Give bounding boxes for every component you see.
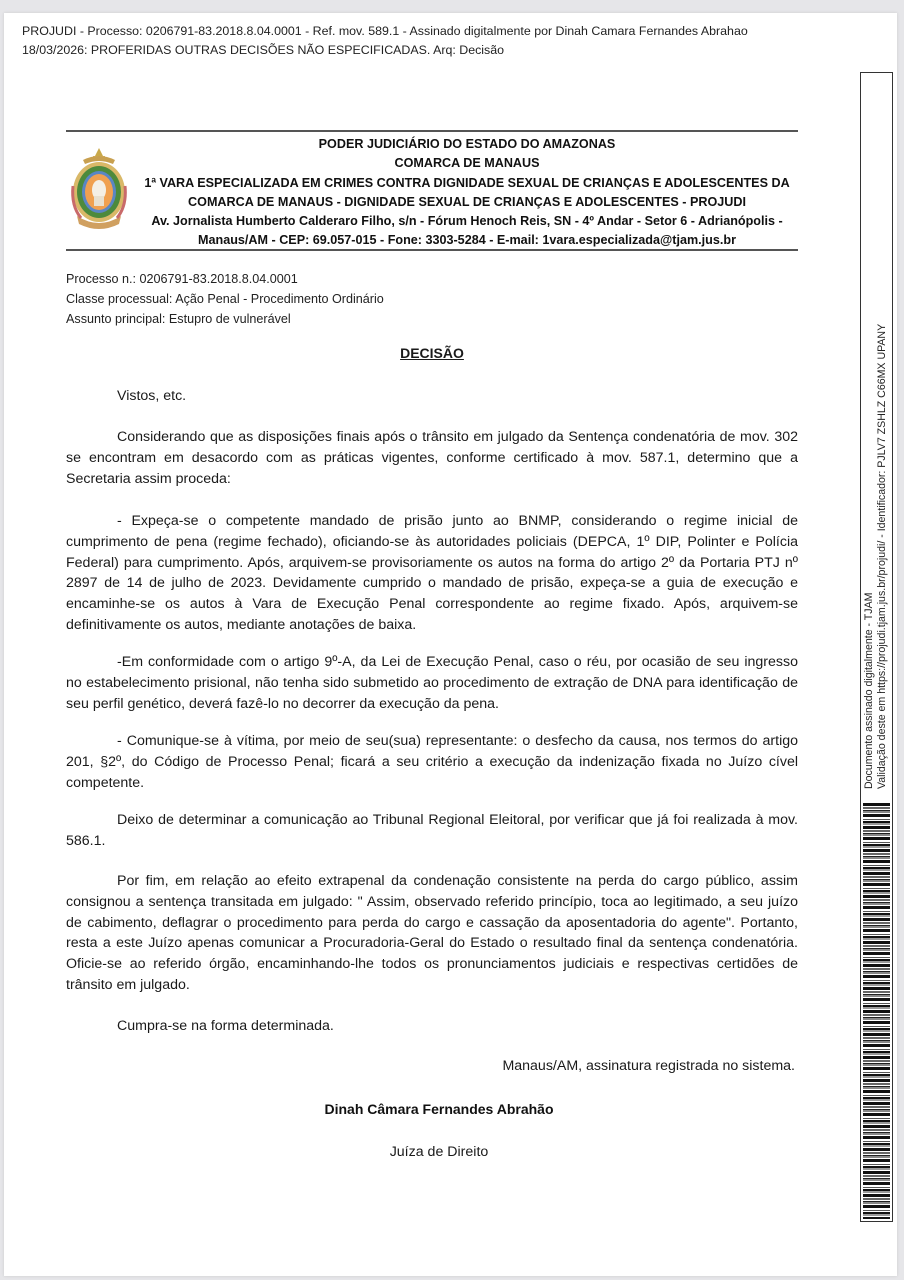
projudi-header-line-1: PROJUDI - Processo: 0206791-83.2018.8.04… xyxy=(22,22,842,41)
paragraph-text: - Expeça-se o competente mandado de pris… xyxy=(66,511,798,636)
signature-notice: Documento assinado digitalmente - TJAM xyxy=(863,324,876,789)
paragraph-text: Cumpra-se na forma determinada. xyxy=(66,1016,798,1037)
letterhead-text: PODER JUDICIÁRIO DO ESTADO DO AMAZONAS C… xyxy=(136,135,798,251)
projudi-header-line-2: 18/03/2026: PROFERIDAS OUTRAS DECISÕES N… xyxy=(22,41,842,60)
letterhead-line-6: Manaus/AM - CEP: 69.057-015 - Fone: 3303… xyxy=(136,231,798,250)
letterhead-line-3: 1ª VARA ESPECIALIZADA EM CRIMES CONTRA D… xyxy=(136,174,798,193)
paragraph-tre: Deixo de determinar a comunicação ao Tri… xyxy=(66,810,798,852)
place-signature-line: Manaus/AM, assinatura registrada no sist… xyxy=(502,1058,795,1074)
process-info: Processo n.: 0206791-83.2018.8.04.0001 C… xyxy=(66,270,384,329)
letterhead-line-1: PODER JUDICIÁRIO DO ESTADO DO AMAZONAS xyxy=(136,135,798,154)
validation-text: Documento assinado digitalmente - TJAM V… xyxy=(861,73,891,793)
letterhead-line-5: Av. Jornalista Humberto Calderaro Filho,… xyxy=(136,212,798,231)
vistos-line: Vistos, etc. xyxy=(66,386,798,407)
document-page: PROJUDI - Processo: 0206791-83.2018.8.04… xyxy=(4,13,897,1276)
letterhead-line-2: COMARCA DE MANAUS xyxy=(136,154,798,173)
paragraph-mandado-prisao: - Expeça-se o competente mandado de pris… xyxy=(66,511,798,636)
paragraph-text: - Comunique-se à vítima, por meio de seu… xyxy=(66,731,798,793)
amazonas-court-coat-of-arms-icon xyxy=(69,146,129,232)
document-title: DECISÃO xyxy=(4,345,860,361)
paragraph-dna: -Em conformidade com o artigo 9º-A, da L… xyxy=(66,652,798,714)
signer-role: Juíza de Direito xyxy=(4,1144,874,1160)
paragraph-text: Deixo de determinar a comunicação ao Tri… xyxy=(66,810,798,852)
process-class: Classe processual: Ação Penal - Procedim… xyxy=(66,290,384,310)
court-letterhead: PODER JUDICIÁRIO DO ESTADO DO AMAZONAS C… xyxy=(66,130,798,251)
paragraph-considerando: Considerando que as disposições finais a… xyxy=(66,427,798,489)
paragraph-text: -Em conformidade com o artigo 9º-A, da L… xyxy=(66,652,798,714)
paragraph-text: Considerando que as disposições finais a… xyxy=(66,427,798,489)
digital-signature-strip: Documento assinado digitalmente - TJAM V… xyxy=(860,72,893,1222)
process-subject: Assunto principal: Estupro de vulnerável xyxy=(66,310,384,330)
paragraph-vitima: - Comunique-se à vítima, por meio de seu… xyxy=(66,731,798,793)
barcode-icon xyxy=(863,803,890,1219)
signer-name: Dinah Câmara Fernandes Abrahão xyxy=(4,1101,874,1117)
process-number: Processo n.: 0206791-83.2018.8.04.0001 xyxy=(66,270,384,290)
paragraph-cargo-publico: Por fim, em relação ao efeito extrapenal… xyxy=(66,871,798,996)
projudi-signature-header: PROJUDI - Processo: 0206791-83.2018.8.04… xyxy=(22,22,842,60)
letterhead-line-4: COMARCA DE MANAUS - DIGNIDADE SEXUAL DE … xyxy=(136,193,798,212)
paragraph-text: Por fim, em relação ao efeito extrapenal… xyxy=(66,871,798,996)
paragraph-cumpra-se: Cumpra-se na forma determinada. xyxy=(66,1016,798,1037)
vistos-text: Vistos, etc. xyxy=(66,386,798,407)
validation-url: Validação deste em https://projudi.tjam.… xyxy=(876,324,889,789)
